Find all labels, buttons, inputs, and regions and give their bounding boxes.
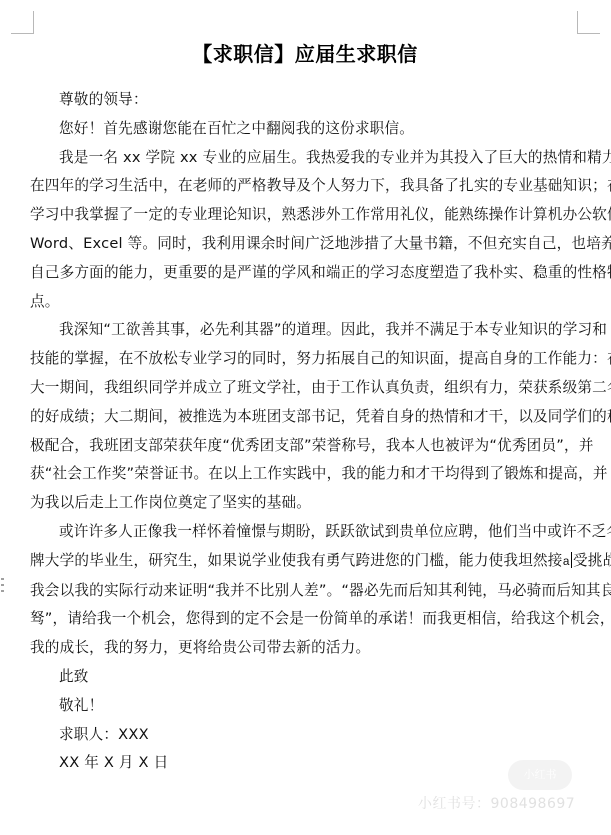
applicant-signature: 求职人：XXX [30,721,580,750]
paragraph-greeting: 您好！首先感谢您能在百忙之中翻阅我的这份求职信。 [30,115,580,144]
document-title: 【求职信】应届生求职信 [30,38,580,67]
stray-character: a [563,555,570,569]
text-cursor [571,552,572,568]
letter-date: XX 年 X 月 X 日 [30,749,580,778]
page-corner-mark-top-right [577,11,600,34]
paragraph-line: 我会以我的实际行动来证明“我并不比别人差”。“器必先而后知其利钝，马必骑而后知其… [30,577,580,606]
paragraph-line: 的好成绩；大二期间，被推选为本班团支部书记，凭着自身的热情和才干，以及同学们的积 [30,403,580,432]
paragraph-line: 大一期间，我组织同学并成立了班文学社，由于工作认真负责，组织有力，荣获系级第二名 [30,374,580,403]
paragraph-line: 您好！首先感谢您能在百忙之中翻阅我的这份求职信。 [30,115,580,144]
paragraph-line: 在四年的学习生活中，在老师的严格教导及个人努力下，我具备了扎实的专业基础知识；在 [30,172,580,201]
paragraph-introduction: 我是一名 xx 学院 xx 专业的应届生。我热爱我的专业并为其投入了巨大的热情和… [30,144,580,317]
watermark-logo: 小红书 [508,760,572,790]
paragraph-line: 我是一名 xx 学院 xx 专业的应届生。我热爱我的专业并为其投入了巨大的热情和… [30,144,580,173]
paragraph-line: 学习中我掌握了一定的专业理论知识，熟悉涉外工作常用礼仪，能熟练操作计算机办公软件… [30,201,580,230]
document-body[interactable]: 尊敬的领导： 您好！首先感谢您能在百忙之中翻阅我的这份求职信。 我是一名 xx … [30,86,580,778]
paragraph-line: Word、Excel 等。同时，我利用课余时间广泛地涉措了大量书籍，不但充实自己… [30,230,580,259]
page-corner-mark-top-left [11,11,34,34]
closing-jing-li: 敬礼！ [30,692,580,721]
paragraph-line: 技能的掌握，在不放松专业学习的同时，努力拓展自己的知识面，提高自身的工作能力：在 [30,345,580,374]
paragraph-experience: 我深知“工欲善其事，必先利其器”的道理。因此，我并不满足于本专业知识的学习和 技… [30,316,580,518]
paragraph-line: 点。 [30,288,580,317]
paragraph-line-with-cursor: 牌大学的毕业生，研究生，如果说学业使我有勇气跨进您的门槛，能力使我坦然接a受挑战… [30,547,580,577]
closing-ci-zhi: 此致 [30,663,580,692]
paragraph-line-text: 牌大学的毕业生，研究生，如果说学业使我有勇气跨进您的门槛，能力使我坦然接 [30,552,563,569]
paragraph-line: 我的成长，我的努力，更将给贵公司带去新的活力。 [30,634,580,663]
paragraph-line: 或许许多人正像我一样怀着憧憬与期盼，跃跃欲试到贵单位应聘，他们当中或许不乏名 [30,518,580,547]
paragraph-line: 为我以后走上工作岗位奠定了坚实的基础。 [30,489,580,518]
salutation: 尊敬的领导： [30,86,580,115]
paragraph-line: 我深知“工欲善其事，必先利其器”的道理。因此，我并不满足于本专业知识的学习和 [30,316,580,345]
paragraph-line: 获“社会工作奖”荣誉证书。在以上工作实践中，我的能力和才干均得到了锻炼和提高，并 [30,460,580,489]
paragraph-appeal: 或许许多人正像我一样怀着憧憬与期盼，跃跃欲试到贵单位应聘，他们当中或许不乏名 牌… [30,518,580,663]
paragraph-line: 驽”，请给我一个机会，您得到的定不会是一份简单的承诺！而我更相信，给我这个机会， [30,605,580,634]
watermark-id: 小红书号：908498697 [418,793,575,813]
paragraph-line-text: 受挑战， [573,552,611,569]
paragraph-drag-handle-icon[interactable] [1,578,5,592]
paragraph-line: 自己多方面的能力，更重要的是严谨的学风和端正的学习态度塑造了我朴实、稳重的性格特 [30,259,580,288]
paragraph-line: 极配合，我班团支部荣获年度“优秀团支部”荣誉称号，我本人也被评为“优秀团员”，并 [30,432,580,461]
